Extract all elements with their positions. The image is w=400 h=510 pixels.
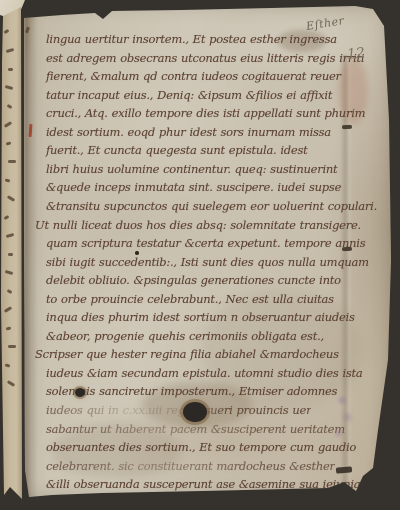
parchment-hole-small bbox=[75, 388, 85, 397]
facing-page-ink-mark bbox=[5, 363, 11, 367]
text-line: &quede inceps inmutata sint. suscipere. … bbox=[46, 178, 341, 197]
text-line: sabantur ut haberent pacem &susciperent … bbox=[46, 420, 345, 439]
facing-page-ink-mark bbox=[8, 68, 13, 71]
crease-mark bbox=[342, 247, 352, 251]
text-line: Ut nulli liceat duos hos dies absq: sole… bbox=[35, 216, 361, 235]
facing-page-ink-mark bbox=[5, 178, 11, 182]
facing-page-ink-mark bbox=[4, 29, 10, 34]
text-line: libri huius uolumine continentur. queq: … bbox=[46, 160, 337, 179]
text-line: &illi obseruanda susceperunt ase &asemin… bbox=[46, 475, 360, 494]
facing-page-ink-mark bbox=[7, 195, 15, 202]
text-line: tatur incaput eius., Deniq: &ipsum &fili… bbox=[46, 86, 332, 105]
text-line: lingua uertitur insortem., Et postea est… bbox=[46, 30, 337, 49]
text-line: &abeor, progenie quehis cerimoniis oblig… bbox=[46, 327, 324, 346]
facing-page-ink-mark bbox=[5, 270, 14, 275]
facing-page-ink-mark bbox=[5, 85, 14, 90]
facing-page-ink-mark bbox=[4, 121, 12, 128]
facing-page-ink-mark bbox=[4, 215, 10, 220]
text-line: &transitu supcunctos qui suelegem eor uo… bbox=[46, 197, 377, 216]
text-line: Scripser que hester regina filia abiahel… bbox=[35, 345, 339, 364]
facing-page-edge bbox=[1, 2, 23, 506]
text-block: lingua uertitur insortem., Et postea est… bbox=[38, 30, 368, 496]
text-line: fuerit., Et cuncta quegesta sunt epistul… bbox=[46, 141, 308, 160]
parchment-hole-large bbox=[183, 402, 207, 422]
text-line: sibi iugit succedentib:., Isti sunt dies… bbox=[46, 253, 369, 272]
text-line: iudeos qui in c.xx.uii regis asueri prou… bbox=[46, 401, 311, 420]
facing-page-ink-mark bbox=[7, 104, 13, 109]
crease-mark bbox=[342, 125, 352, 130]
ink-dot bbox=[135, 251, 139, 255]
facing-page-ink-mark bbox=[8, 160, 16, 163]
folio-number: 12 bbox=[346, 45, 365, 63]
text-line: est adregem obsecrans utconatus eius lit… bbox=[46, 49, 364, 68]
facing-page-ink-mark bbox=[8, 253, 13, 256]
manuscript-photo: lingua uertitur insortem., Et postea est… bbox=[0, 0, 400, 510]
text-line: inqua dies phurim idest sortium n obseru… bbox=[46, 308, 355, 327]
facing-page-ink-mark bbox=[7, 289, 13, 294]
facing-page-ink-mark bbox=[6, 48, 15, 53]
text-line: idest sortium. eoqd phur idest sors inur… bbox=[46, 123, 331, 142]
manuscript-page: lingua uertitur insortem., Et postea est… bbox=[22, 0, 394, 502]
facing-page-ink-mark bbox=[6, 141, 12, 145]
gutter-shadow bbox=[22, 0, 38, 502]
facing-page-ink-mark bbox=[7, 380, 15, 387]
text-line: fierent, &malum qd contra iudeos cogitau… bbox=[46, 67, 341, 86]
text-line: to orbe prouincie celebrabunt., Nec est … bbox=[46, 290, 334, 309]
text-line: delebit obliuio. &psingulas generationes… bbox=[46, 271, 341, 290]
text-line: cruci., Atq. exillo tempore dies isti ap… bbox=[46, 104, 365, 123]
text-line: obseruantes dies sortium., Et suo tempor… bbox=[46, 438, 356, 457]
text-line: celebrarent. sic constituerant mardocheu… bbox=[46, 457, 335, 476]
facing-page-ink-mark bbox=[8, 345, 16, 348]
facing-page-ink-mark bbox=[6, 233, 15, 238]
text-line: iudeus &iam secundam epistula. utomni st… bbox=[46, 364, 363, 383]
text-line: quam scriptura testatur &certa expetunt.… bbox=[46, 234, 365, 253]
text-line: solemnis sanciretur imposterum., Etmiser… bbox=[46, 382, 337, 401]
facing-page-ink-mark bbox=[4, 306, 12, 313]
facing-page-ink-mark bbox=[6, 326, 12, 330]
